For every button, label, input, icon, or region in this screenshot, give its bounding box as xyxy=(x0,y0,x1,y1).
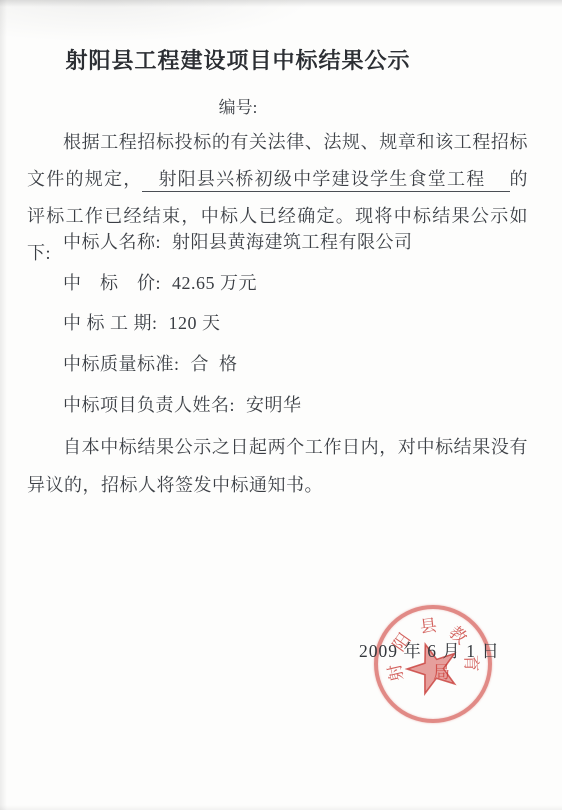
item-label: 中 标 工 期: xyxy=(63,313,158,333)
item-value: 42.65 万元 xyxy=(172,273,257,293)
document-page: 射阳县工程建设项目中标结果公示 编号: 根据工程招标投标的有关法律、法规、规章和… xyxy=(0,0,562,810)
date-text: 2009 年 6 月 1 日 xyxy=(359,638,500,663)
bid-item-price: 中 标 价:42.65 万元 xyxy=(63,263,533,304)
bid-item-duration: 中 标 工 期:120 天 xyxy=(63,303,533,344)
item-value: 合 格 xyxy=(191,354,238,374)
bid-item-quality: 中标质量标准:合 格 xyxy=(63,344,533,385)
item-value: 安明华 xyxy=(246,395,302,415)
item-label: 中 标 价: xyxy=(63,273,161,293)
bid-item-manager: 中标项目负责人姓名:安明华 xyxy=(63,385,533,426)
item-label: 中标质量标准: xyxy=(63,354,180,374)
official-seal: 射 阳 县 教 育 局 xyxy=(374,605,492,723)
closing-paragraph: 自本中标结果公示之日起两个工作日内，对中标结果没有异议的，招标人将签发中标通知书… xyxy=(27,428,528,504)
item-label: 中标项目负责人姓名: xyxy=(63,395,235,415)
item-label: 中标人名称: xyxy=(63,232,161,252)
seal-character: 县 xyxy=(419,617,438,636)
bid-item-winner: 中标人名称:射阳县黄海建筑工程有限公司 xyxy=(63,222,533,263)
project-name-underlined: 射阳县兴桥初级中学建设学生食堂工程 xyxy=(142,169,509,192)
document-number-label: 编号: xyxy=(6,93,470,118)
item-value: 120 天 xyxy=(169,313,221,333)
item-value: 射阳县黄海建筑工程有限公司 xyxy=(172,232,413,252)
bid-results-list: 中标人名称:射阳县黄海建筑工程有限公司 中 标 价:42.65 万元 中 标 工… xyxy=(63,222,533,426)
document-title: 射阳县工程建设项目中标结果公示 xyxy=(6,44,470,75)
